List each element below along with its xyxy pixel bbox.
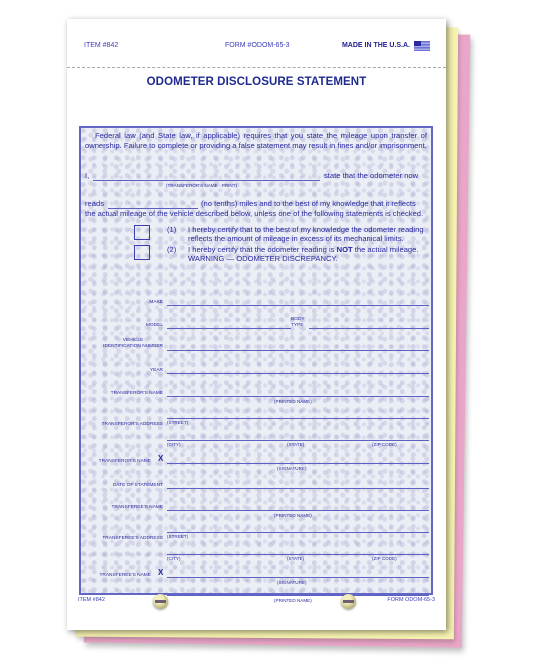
transferee-zip-hint: (ZIP CODE) xyxy=(372,556,397,561)
reads-suffix: (no tenths) miles and to the best of my … xyxy=(201,199,416,209)
transferor-signature-hint: (SIGNATURE) xyxy=(277,466,307,471)
option-2-warning: WARNING — ODOMETER DISCREPANCY. xyxy=(188,254,338,264)
option-2-checkbox[interactable] xyxy=(134,245,150,260)
year-input[interactable] xyxy=(167,373,429,374)
transferee-name-input[interactable] xyxy=(167,510,429,511)
transferee-printed-name-hint: (PRINTED NAME) xyxy=(274,598,312,603)
body-type-label: BODYTYPE xyxy=(291,317,305,329)
vin-input[interactable] xyxy=(167,350,429,351)
year-label: YEAR xyxy=(150,368,163,374)
intro-text: Federal law (and State law, if applicabl… xyxy=(85,131,427,151)
transferor-print-name-input[interactable] xyxy=(93,180,320,181)
transferor-street-hint: (STREET) xyxy=(167,420,188,425)
transferee-signature-input[interactable] xyxy=(167,577,429,578)
transferor-city-state-zip-input[interactable] xyxy=(167,440,429,441)
x-mark-icon: X xyxy=(158,568,163,577)
perforation-line xyxy=(67,67,446,68)
made-in-label: MADE IN THE U.S.A. xyxy=(342,42,410,49)
transferor-zip-hint: (ZIP CODE) xyxy=(372,442,397,447)
footer-item-number: ITEM #842 xyxy=(78,597,105,603)
transferor-address-label: TRANSFEROR'S ADDRESS xyxy=(102,422,163,428)
binding-hole-right xyxy=(341,594,356,609)
header-row: ITEM #842 FORM #ODOM-65-3 MADE IN THE U.… xyxy=(67,42,446,54)
option-1-checkbox[interactable] xyxy=(134,225,150,240)
vin-label: VEHICLEIDENTIFICATION NUMBER xyxy=(103,338,163,350)
transferor-printed-hint: (PRINTED NAME) xyxy=(274,399,312,404)
transferor-signature-input[interactable] xyxy=(167,463,429,464)
state-suffix: state that the odometer now xyxy=(324,171,418,181)
transferor-name-hint: (TRANSFEROR'S NAME - PRINT) xyxy=(166,183,237,188)
transferee-signature-label: TRANSFEREE'S NAME xyxy=(99,573,151,579)
form-body: Federal law (and State law, if applicabl… xyxy=(79,126,433,595)
footer-form-number: FORM ODOM-65-3 xyxy=(387,597,435,603)
make-input[interactable] xyxy=(167,305,429,306)
binding-hole-left xyxy=(153,594,168,609)
body-type-input[interactable] xyxy=(309,328,429,329)
transferee-address-label: TRANSFEREE'S ADDRESS xyxy=(102,536,163,542)
option-1-number: (1) xyxy=(167,225,176,235)
transferee-printed-hint: (PRINTED NAME) xyxy=(274,513,312,518)
transferee-printed-name-input[interactable] xyxy=(167,595,429,596)
transferor-street-input[interactable] xyxy=(167,418,429,419)
form-title: ODOMETER DISCLOSURE STATEMENT xyxy=(67,76,446,88)
x-mark-icon: X xyxy=(158,454,163,463)
reads-prefix: reads xyxy=(85,199,104,209)
item-number: ITEM #842 xyxy=(84,42,118,49)
transferee-signature-hint: (SIGNATURE) xyxy=(277,580,307,585)
option-2-number: (2) xyxy=(167,245,176,255)
transferee-city-hint: (CITY) xyxy=(167,556,181,561)
transferee-name-label: TRANSFEREE'S NAME xyxy=(111,505,163,511)
form-number: FORM #ODOM-65-3 xyxy=(225,42,290,49)
model-label: MODEL xyxy=(146,323,163,329)
i-prefix: I, xyxy=(85,171,89,181)
make-label: MAKE xyxy=(149,300,163,306)
date-of-statement-label: DATE OF STATEMENT xyxy=(113,483,163,489)
transferor-city-hint: (CITY) xyxy=(167,442,181,447)
transferor-name-label: TRANSFEROR'S NAME xyxy=(111,391,163,397)
transferor-signature-label: TRANSFEROR'S NAME xyxy=(99,459,151,465)
transferor-state-hint: (STATE) xyxy=(287,442,304,447)
transferee-street-hint: (STREET) xyxy=(167,534,188,539)
form-sheet: ITEM #842 FORM #ODOM-65-3 MADE IN THE U.… xyxy=(67,19,446,630)
reads-line2: the actual mileage of the vehicle descri… xyxy=(85,209,423,219)
date-of-statement-input[interactable] xyxy=(167,488,429,489)
us-flag-icon xyxy=(414,41,430,51)
transferee-city-state-zip-input[interactable] xyxy=(167,554,429,555)
transferor-name-input[interactable] xyxy=(167,396,429,397)
option-1-line2: reflects the amount of mileage in excess… xyxy=(188,234,404,244)
transferee-state-hint: (STATE) xyxy=(287,556,304,561)
model-input[interactable] xyxy=(167,328,291,329)
transferee-street-input[interactable] xyxy=(167,532,429,533)
